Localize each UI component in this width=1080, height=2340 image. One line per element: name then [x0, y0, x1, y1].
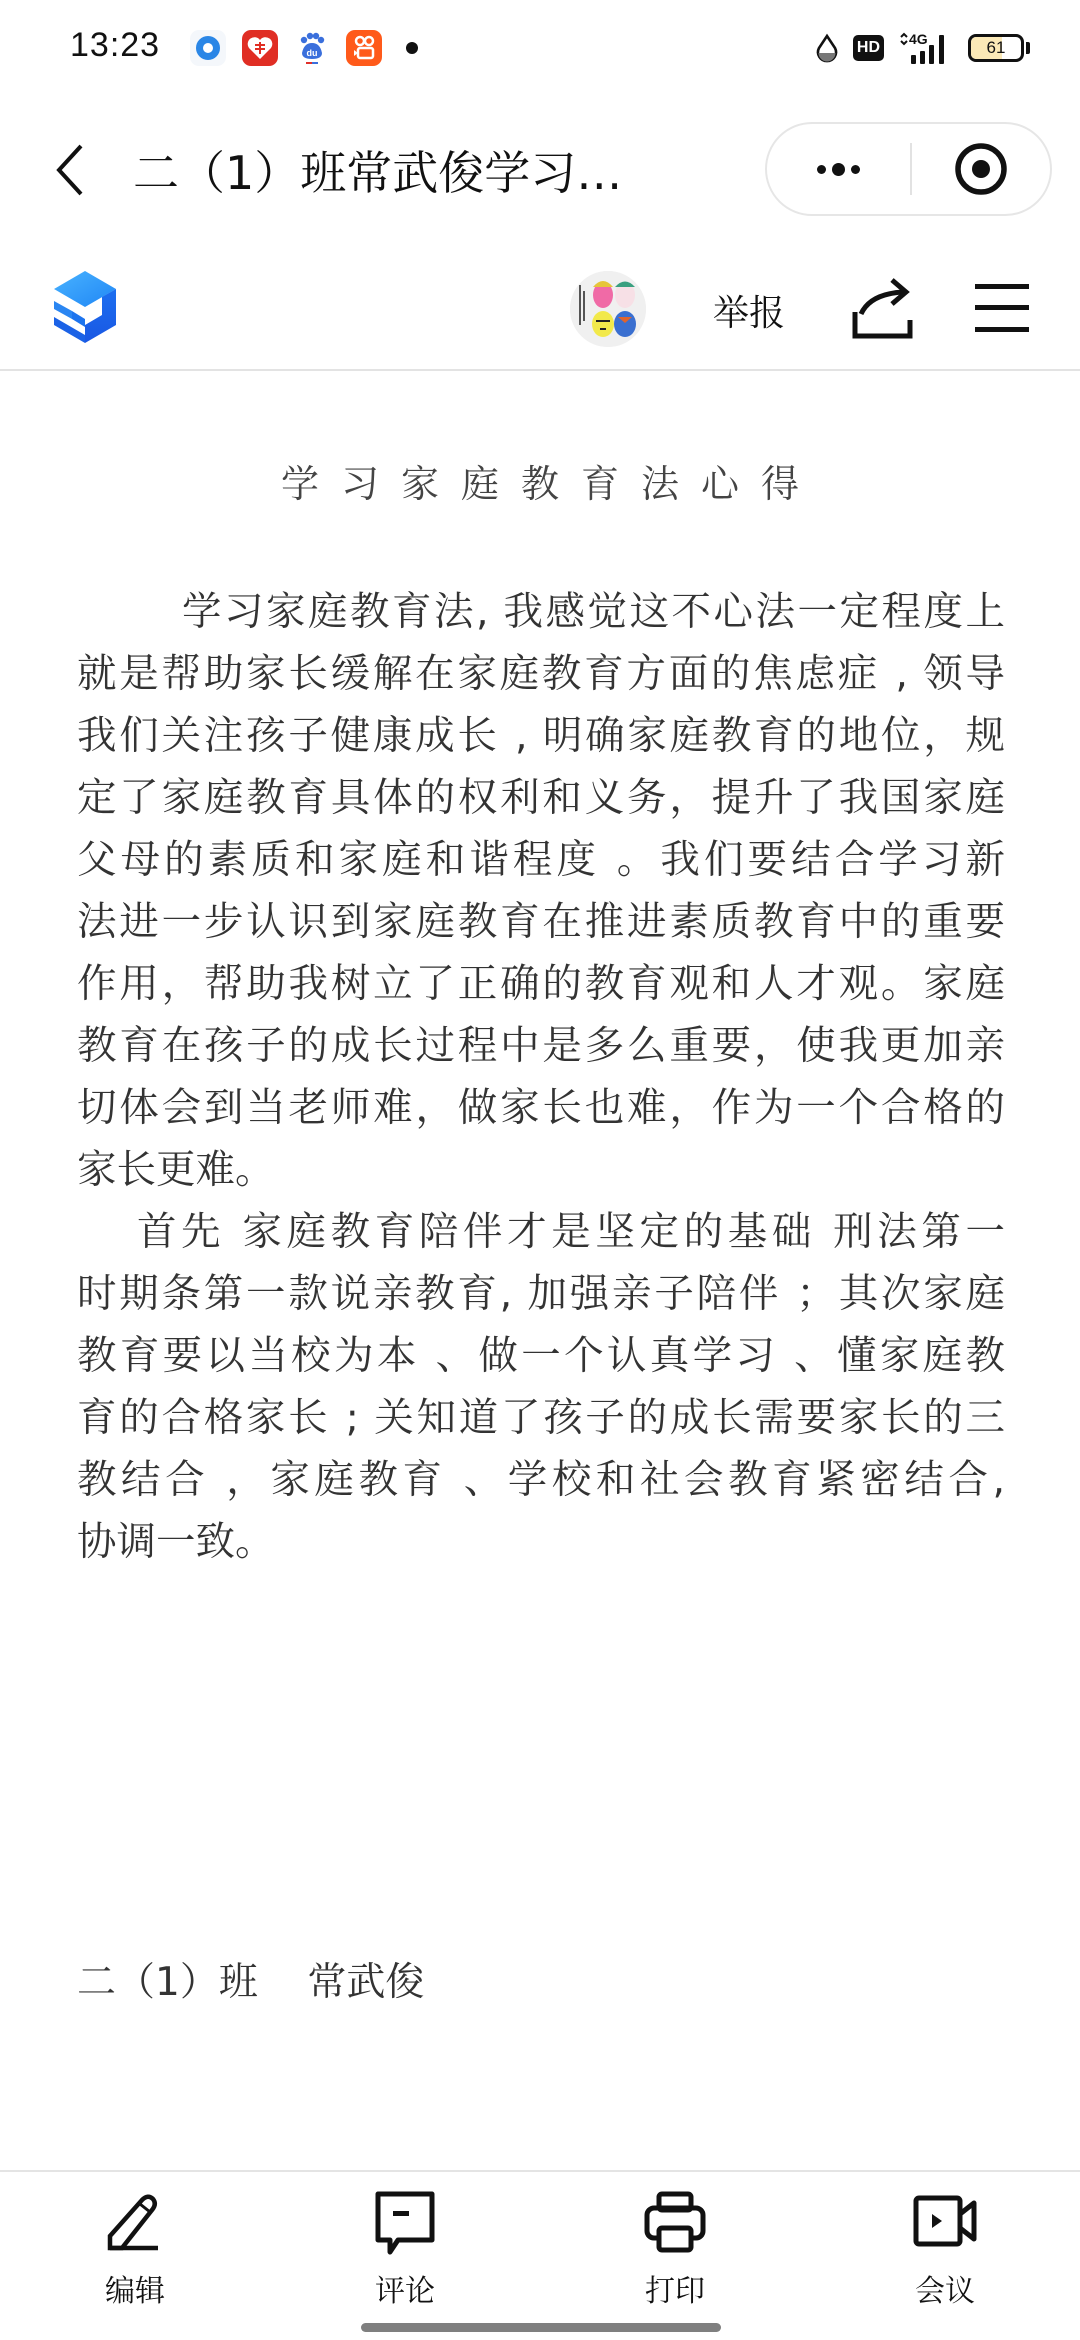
pencil-icon: [102, 2190, 168, 2256]
text-line: 切体会到当老师难，做家长也难，作为一个合格的: [77, 1077, 1005, 1139]
print-label: 打印: [645, 2266, 705, 2310]
chevron-left-icon: [53, 142, 87, 198]
page-title: 二（1）班常武俊学习…: [133, 137, 622, 203]
status-time: 13:23: [70, 26, 160, 65]
printer-icon: [642, 2190, 708, 2256]
tencent-docs-logo-icon[interactable]: [52, 269, 118, 345]
comment-label: 评论: [375, 2266, 435, 2310]
svg-text:4G: 4G: [909, 31, 928, 47]
water-drop-icon: [815, 33, 839, 63]
target-circle-icon: [953, 141, 1009, 197]
opera-masks-avatar-image: [570, 271, 646, 347]
text-line: 我们关注孩子健康成长 , 明确家庭教育的地位，规: [77, 705, 1005, 767]
report-button[interactable]: 举报: [713, 285, 785, 336]
status-bar: 13:23 du HD 4G: [0, 0, 1080, 95]
battery-icon: 61: [968, 34, 1024, 62]
more-notifications-dot: [406, 42, 418, 54]
more-button[interactable]: [767, 124, 910, 214]
pinduoduo-heart-app-icon: [242, 30, 278, 66]
notification-icons: du: [190, 30, 418, 66]
document-heading: 学习家庭教育法心得: [0, 453, 1080, 508]
text-line: 育的合格家长 ; 关知道了孩子的成长需要家长的三: [77, 1387, 1005, 1449]
kuaishou-camera-app-icon: [346, 30, 382, 66]
comment-icon: [372, 2190, 438, 2256]
text-line: 首先 家庭教育陪伴才是坚定的基础 刑法第一: [77, 1201, 1005, 1263]
share-icon[interactable]: [848, 272, 918, 342]
video-meeting-icon: [912, 2190, 978, 2256]
document-content[interactable]: 学习家庭教育法心得 学习家庭教育法, 我感觉这不心法一定程度上 就是帮助家长缓解…: [0, 373, 1080, 2170]
hamburger-menu-icon[interactable]: [970, 278, 1032, 338]
meeting-button[interactable]: 会议: [875, 2190, 1015, 2320]
text-line: 家长更难。: [77, 1139, 1005, 1201]
meeting-label: 会议: [915, 2266, 975, 2310]
text-line: 教育要以当校为本 、做一个认真学习 、懂家庭教: [77, 1325, 1005, 1387]
text-line: 协调一致。: [77, 1511, 1005, 1573]
doc-toolbar: 举报: [0, 245, 1080, 371]
text-line: 作用，帮助我树立了正确的教育观和人才观。家庭: [77, 953, 1005, 1015]
edit-label: 编辑: [105, 2266, 165, 2310]
text-line: 就是帮助家长缓解在家庭教育方面的焦虑症 , 领导: [77, 643, 1005, 705]
text-line: 教结合 ，家庭教育 、学校和社会教育紧密结合,: [77, 1449, 1005, 1511]
battery-level: 61: [971, 38, 1021, 58]
text-line: 教育在孩子的成长过程中是多么重要，使我更加亲: [77, 1015, 1005, 1077]
signature: 二（1）班 常武俊: [77, 1951, 424, 2007]
text-line: 定了家庭教育具体的权利和义务，提升了我国家庭: [77, 767, 1005, 829]
back-button[interactable]: [40, 130, 100, 210]
document-body: 学习家庭教育法, 我感觉这不心法一定程度上 就是帮助家长缓解在家庭教育方面的焦虑…: [77, 581, 1005, 1573]
more-dots-icon: [814, 163, 863, 176]
svg-text:du: du: [307, 48, 318, 58]
mini-program-capsule: [765, 122, 1052, 216]
edit-button[interactable]: 编辑: [65, 2190, 205, 2320]
paragraph-1: 学习家庭教育法, 我感觉这不心法一定程度上 就是帮助家长缓解在家庭教育方面的焦虑…: [77, 581, 1005, 1201]
text-line: 法进一步认识到家庭教育在推进素质教育中的重要: [77, 891, 1005, 953]
paragraph-2: 首先 家庭教育陪伴才是坚定的基础 刑法第一 时期条第一款说亲教育, 加强亲子陪伴…: [77, 1201, 1005, 1573]
home-indicator[interactable]: [361, 2323, 721, 2332]
text-line: 父母的素质和家庭和谐程度 。我们要结合学习新: [77, 829, 1005, 891]
blue-circle-app-icon: [190, 30, 226, 66]
4g-signal-icon: 4G: [898, 31, 954, 65]
bottom-action-bar: 编辑 评论 打印 会议: [0, 2170, 1080, 2340]
baidu-paw-app-icon: du: [294, 30, 330, 66]
hd-icon: HD: [853, 35, 884, 61]
text-line: 时期条第一款说亲教育, 加强亲子陪伴 ；其次家庭: [77, 1263, 1005, 1325]
avatar[interactable]: [570, 271, 646, 347]
text-line: 学习家庭教育法, 我感觉这不心法一定程度上: [77, 581, 1005, 643]
print-button[interactable]: 打印: [605, 2190, 745, 2320]
title-bar: 二（1）班常武俊学习…: [0, 95, 1080, 245]
battery-tip: [1026, 42, 1030, 54]
comment-button[interactable]: 评论: [335, 2190, 475, 2320]
system-icons: HD 4G 61: [801, 30, 1030, 66]
close-mini-program-button[interactable]: [912, 124, 1050, 214]
